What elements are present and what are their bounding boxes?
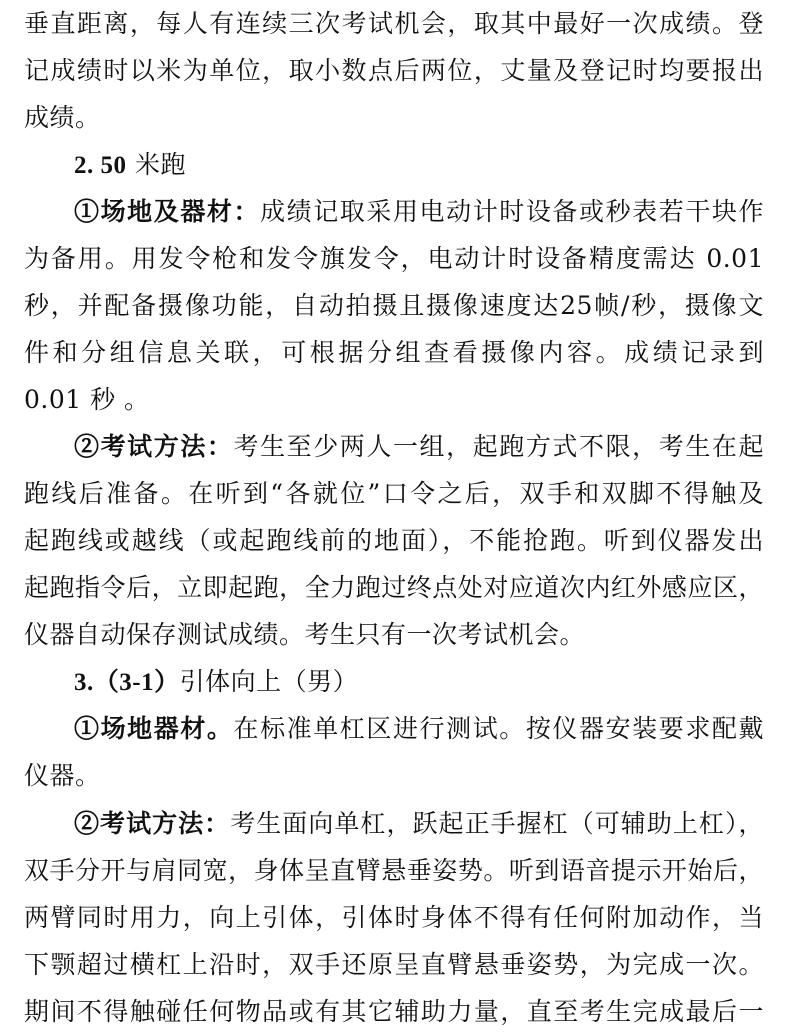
paragraph-line: 仪器自动保存测试成绩。考生只有一次考试机会。 bbox=[24, 611, 764, 658]
section-heading-pull-up: 3.（3-1）引体向上（男） bbox=[24, 658, 764, 705]
paragraph-line: 跑线后准备。在听到“各就位”口令之后，双手和双脚不得触及 bbox=[24, 470, 764, 517]
paragraph-line: 仪器。 bbox=[24, 752, 764, 799]
paragraph-line: 起跑线或越线（或起跑线前的地面），不能抢跑。听到仪器发出 bbox=[24, 517, 764, 564]
paragraph-line: 下颚超过横杠上沿时，双手还原呈直臂悬垂姿势，为完成一次。 bbox=[24, 941, 764, 988]
paragraph-line: 秒，并配备摄像功能，自动拍摄且摄像速度达25帧/秒，摄像文 bbox=[24, 282, 764, 329]
paragraph-line: 成绩。 bbox=[24, 94, 764, 141]
paragraph-line: 记成绩时以米为单位，取小数点后两位，丈量及登记时均要报出 bbox=[24, 47, 764, 94]
item-text: 考生面向单杠，跃起正手握杠（可辅助上杠）， bbox=[230, 809, 764, 838]
section-heading-50m-run: 2. 50 米跑 bbox=[24, 141, 764, 188]
paragraph-line: 为备用。用发令枪和发令旗发令，电动计时设备精度需达 0.01 bbox=[24, 235, 764, 282]
section-title: 米跑 bbox=[135, 150, 186, 179]
item-label: ①场地器材。 bbox=[74, 714, 233, 743]
item-label: ②考试方法： bbox=[74, 432, 233, 461]
paragraph-line: 件和分组信息关联，可根据分组查看摄像内容。成绩记录到 bbox=[24, 329, 764, 376]
item-label: ②考试方法： bbox=[74, 809, 230, 838]
item-text: 考生至少两人一组，起跑方式不限，考生在起 bbox=[233, 432, 764, 461]
section-number: 3.（3-1） bbox=[74, 669, 180, 696]
paragraph-line: 起跑指令后，立即起跑，全力跑过终点处对应道次内红外感应区， bbox=[24, 564, 764, 611]
item-label: ①场地及器材： bbox=[74, 197, 260, 226]
paragraph-line: 两臂同时用力，向上引体，引体时身体不得有任何附加动作，当 bbox=[24, 894, 764, 941]
item-test-method: ②考试方法：考生至少两人一组，起跑方式不限，考生在起 bbox=[24, 423, 764, 470]
paragraph-line: 垂直距离，每人有连续三次考试机会，取其中最好一次成绩。登 bbox=[24, 0, 764, 47]
item-test-method: ②考试方法：考生面向单杠，跃起正手握杠（可辅助上杠）， bbox=[24, 800, 764, 847]
paragraph-line: 期间不得触碰任何物品或有其它辅助力量，直至考生完成最后一 bbox=[24, 988, 764, 1033]
item-text: 在标准单杠区进行测试。按仪器安装要求配戴 bbox=[233, 714, 764, 743]
paragraph-line: 0.01 秒 。 bbox=[24, 376, 764, 423]
section-number: 2. 50 bbox=[74, 152, 127, 179]
item-text: 成绩记取采用电动计时设备或秒表若干块作 bbox=[260, 197, 764, 226]
item-venue-equipment: ①场地及器材：成绩记取采用电动计时设备或秒表若干块作 bbox=[24, 188, 764, 235]
section-title: 引体向上（男） bbox=[180, 667, 359, 696]
item-venue-equipment: ①场地器材。在标准单杠区进行测试。按仪器安装要求配戴 bbox=[24, 705, 764, 752]
paragraph-line: 双手分开与肩同宽，身体呈直臂悬垂姿势。听到语音提示开始后， bbox=[24, 847, 764, 894]
